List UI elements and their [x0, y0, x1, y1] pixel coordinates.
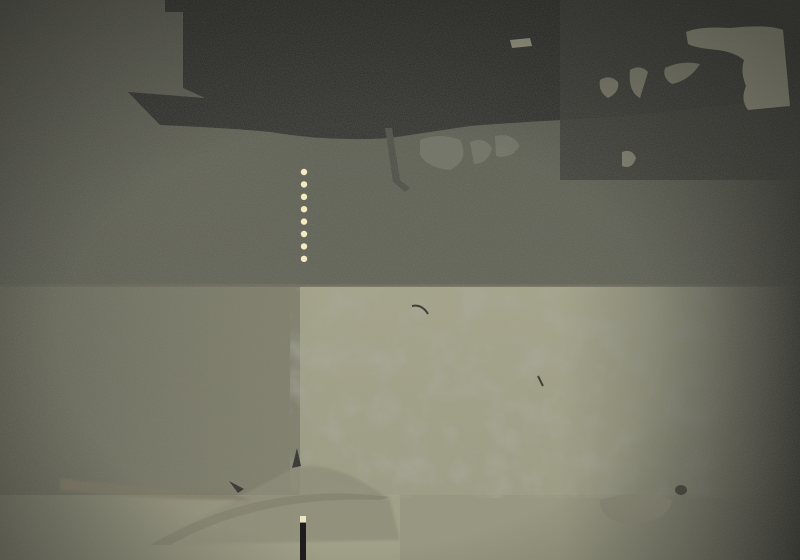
- dot: [301, 194, 307, 200]
- dot: [301, 169, 307, 175]
- dot: [301, 218, 307, 224]
- artwork-canvas: [0, 0, 800, 560]
- vignette: [0, 0, 800, 560]
- dot: [301, 256, 307, 262]
- vertical-bar-cap: [300, 516, 306, 522]
- dot: [301, 243, 307, 249]
- vertical-bar: [300, 523, 306, 560]
- dot: [301, 181, 307, 187]
- artwork-svg: [0, 0, 800, 560]
- dot: [301, 231, 307, 237]
- dot: [301, 206, 307, 212]
